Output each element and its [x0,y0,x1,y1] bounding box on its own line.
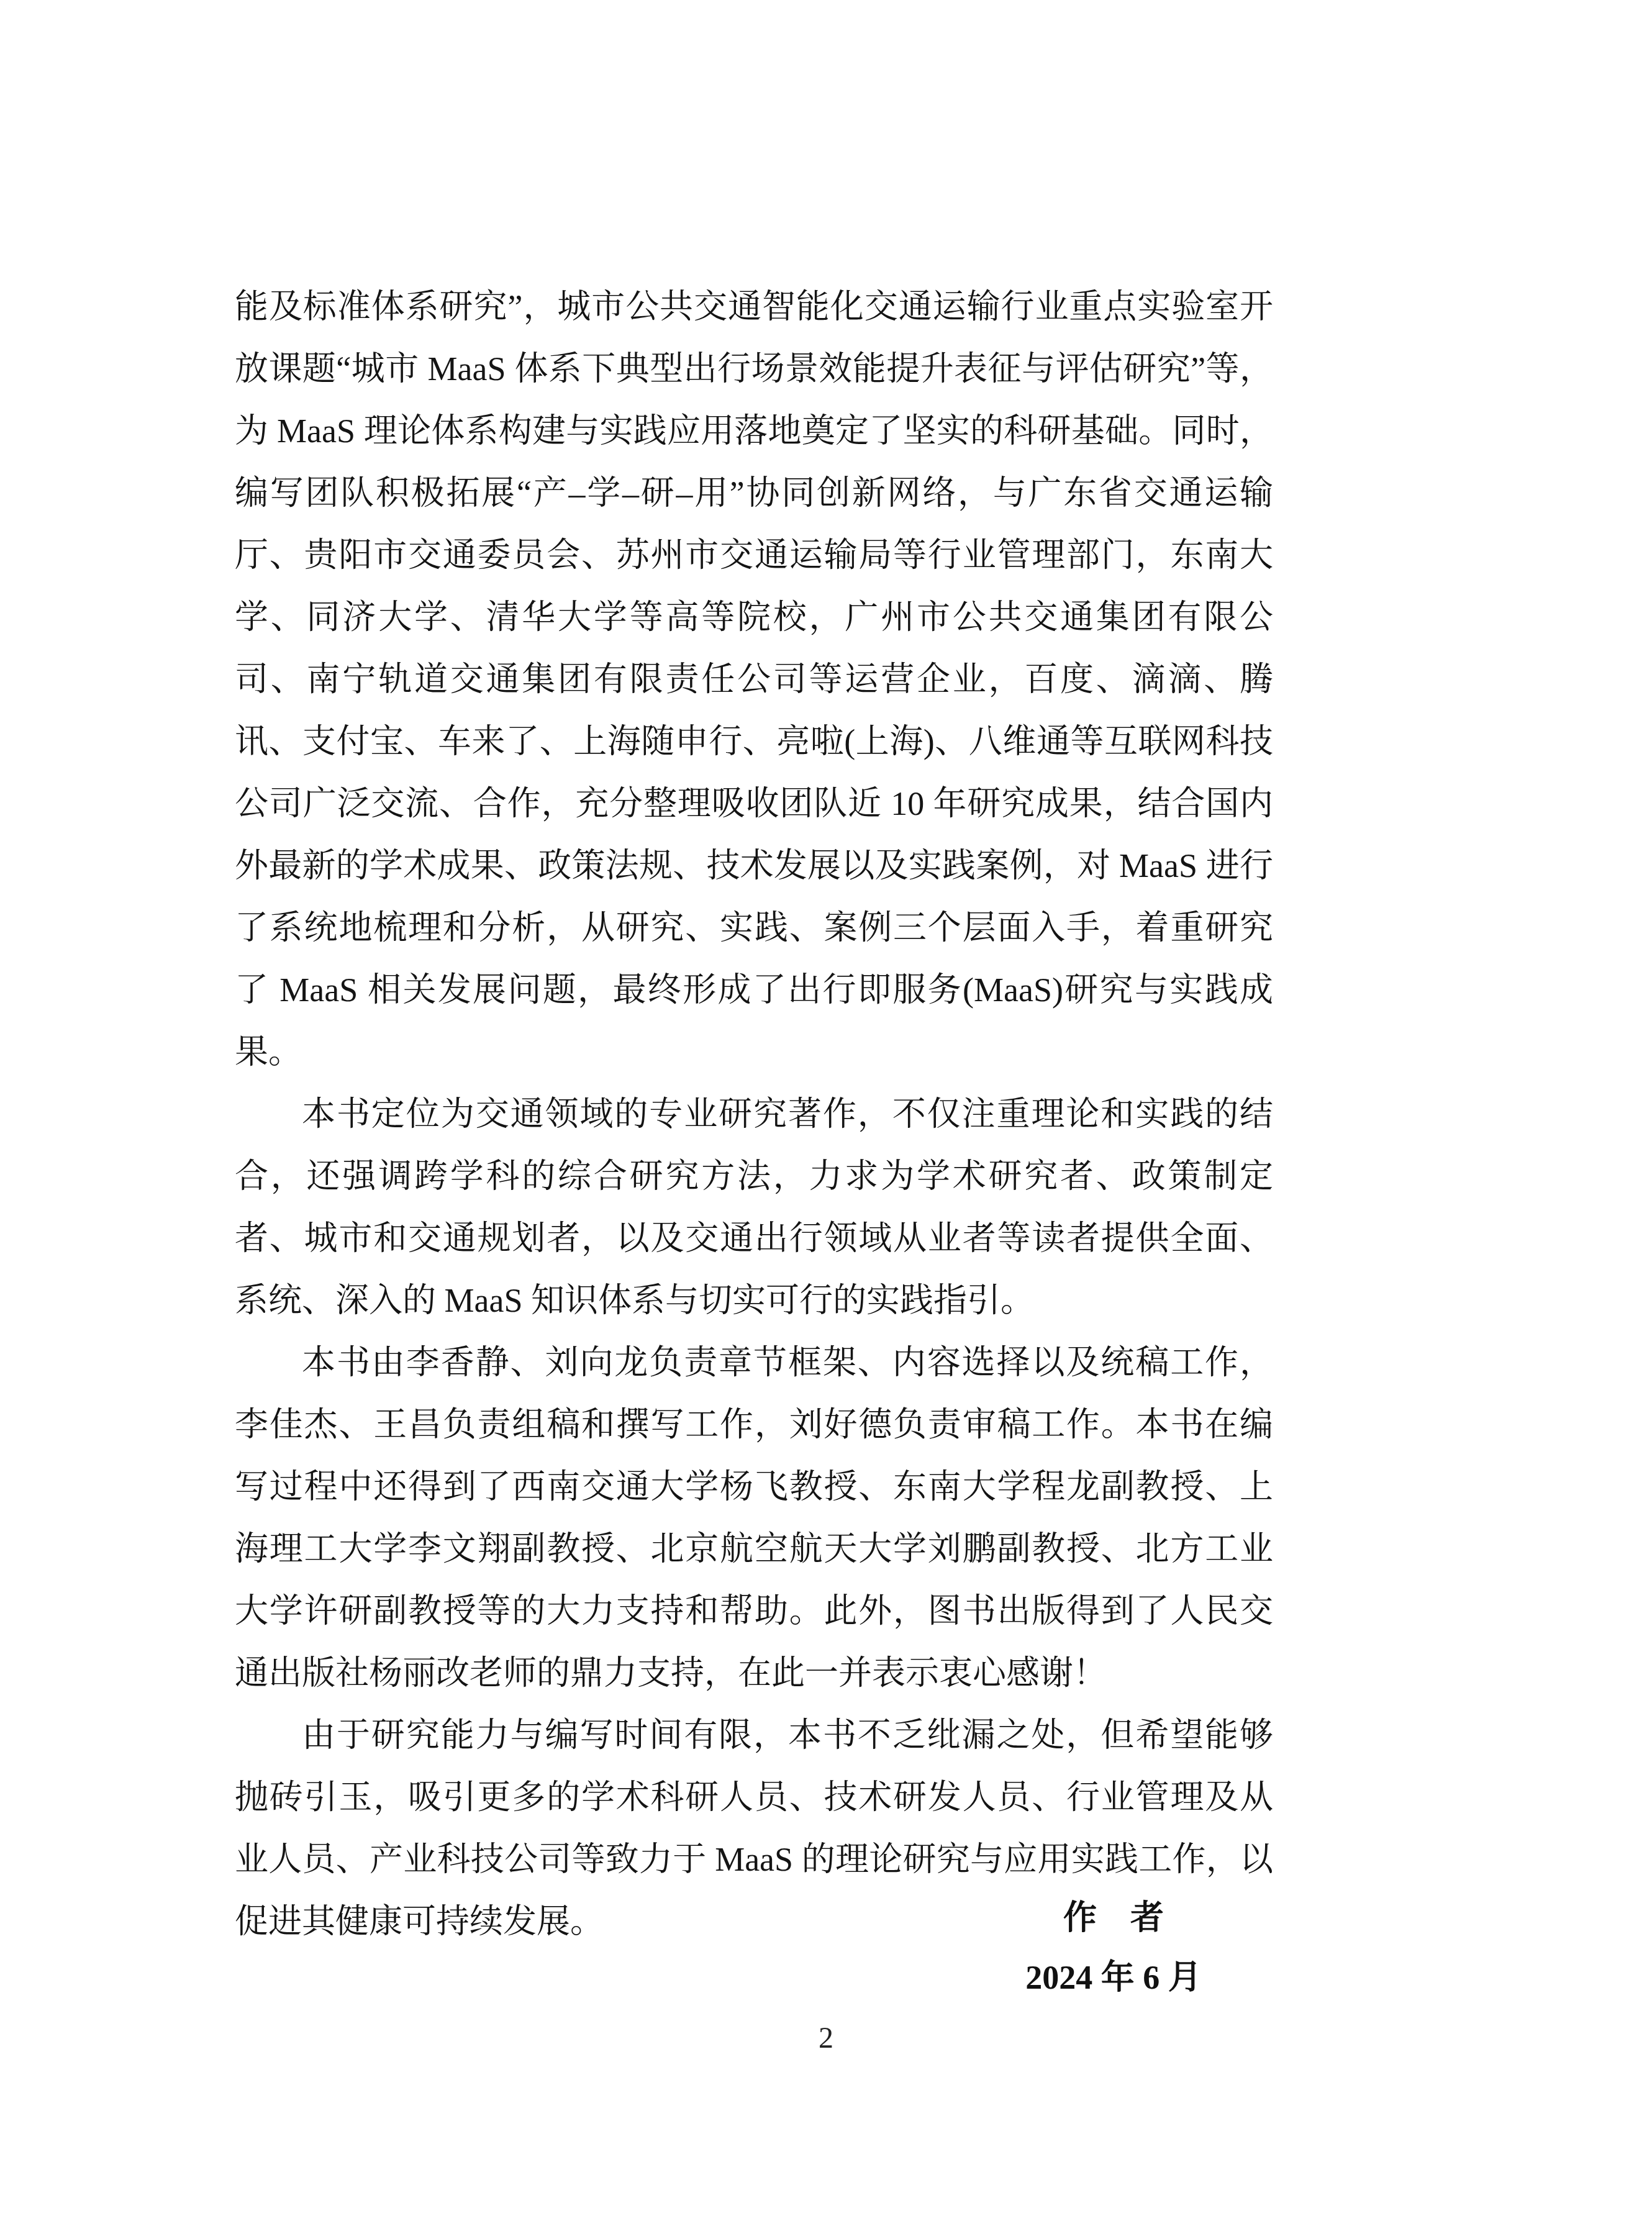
preface-paragraph-1: 能及标准体系研究”，城市公共交通智能化交通运输行业重点实验室开放课题“城市 Ma… [235,276,1273,1083]
book-page: 能及标准体系研究”，城市公共交通智能化交通运输行业重点实验室开放课题“城市 Ma… [0,0,1652,2216]
signature-date: 2024 年 6 月 [955,1948,1272,2007]
page-number: 2 [0,2020,1652,2057]
signature-author: 作 者 [955,1888,1272,1948]
preface-paragraph-3: 本书由李香静、刘向龙负责章节框架、内容选择以及统稿工作，李佳杰、王昌负责组稿和撰… [235,1332,1273,1704]
signature-block: 作 者 2024 年 6 月 [955,1888,1272,2007]
preface-body: 能及标准体系研究”，城市公共交通智能化交通运输行业重点实验室开放课题“城市 Ma… [235,276,1273,1953]
preface-paragraph-2: 本书定位为交通领域的专业研究著作，不仅注重理论和实践的结合，还强调跨学科的综合研… [235,1083,1273,1332]
